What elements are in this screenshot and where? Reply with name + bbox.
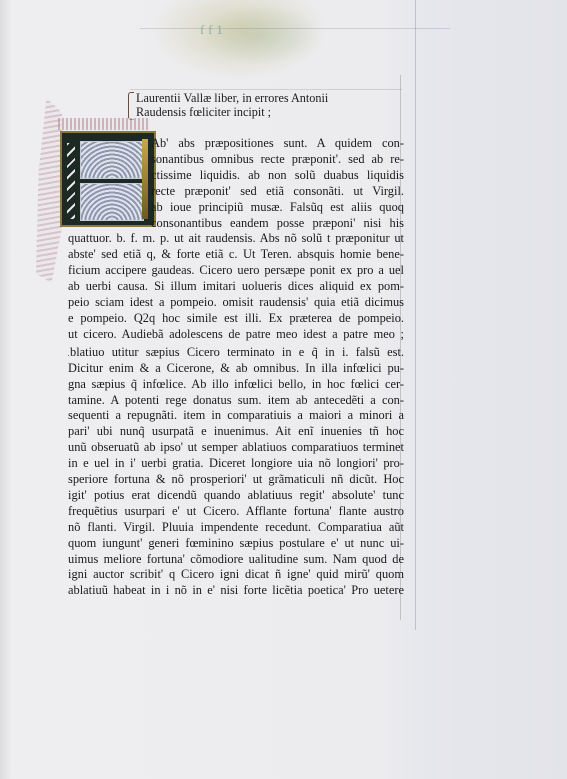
text-line: unũ obseruatũ ab ipso' ut semper ablatiu…: [68, 440, 404, 456]
text-line: frequẽtius usurpari e' ut Cicero. Afflan…: [68, 504, 404, 520]
text-line: quom iungunt' generi fœminino sæpius pos…: [68, 536, 404, 552]
text-line: in e uel in i' uerbi gratia. Diceret lon…: [68, 456, 404, 472]
text-line-ablatiuo: Ablatiuo utitur sæpius Cicero terminato …: [68, 343, 404, 361]
text-line: consonantibus eandem posse præponi' nisi…: [68, 216, 404, 232]
text-line: ab ioue principiũ musæ. Falsũq est aliis…: [68, 200, 404, 216]
ruling-line-top: [140, 28, 450, 29]
text-line: Ab' abs præpositiones sunt. A quidem con…: [68, 136, 404, 152]
text-line: ut cicero. Audiebã adolescens de patre m…: [68, 327, 404, 343]
text-line: tamine. A potenti rege donatus sum. item…: [68, 393, 404, 409]
text-line: uimus meliore fortuna' cõmodiore ualitud…: [68, 552, 404, 568]
ruling-line-title: [130, 89, 402, 90]
text-line: quattuor. b. f. m. p. ut ait raudensis. …: [68, 231, 404, 247]
text-line: sonantibus omnibus recte præponit'. sed …: [68, 152, 404, 168]
manuscript-page: ff1 Laurentii Vallæ liber, in errores An…: [0, 0, 567, 779]
text-line: ficium accipere gaudeas. Cicero uero per…: [68, 263, 404, 279]
rubric-bracket-icon: [128, 92, 134, 120]
text-line: gna sæpius q̃ infœlice. Ab illo infœlici…: [68, 377, 404, 393]
text-line: abste' sed etiã q, & forte etiã c. Ut Te…: [68, 247, 404, 263]
text-line: nõ flanti. Virgil. Pluuia impendente rec…: [68, 520, 404, 536]
text-line: ablatiuũ habeat in i nõ in e' nisi forte…: [68, 583, 404, 599]
border-ornament-top-icon: [58, 118, 150, 130]
text-line: peio sciam idest a pompeio. omisit raude…: [68, 295, 404, 311]
title-line: Raudensis fœliciter incipit ;: [136, 105, 408, 119]
text-line: ab uerbi causa. Si illum imitari uolueri…: [68, 279, 404, 295]
text-line: pari' ubi nunq̃ usurpatã e inuenimus. Ai…: [68, 424, 404, 440]
text-line: igni auctor scribit' q Cicero igni dicat…: [68, 567, 404, 583]
text-line: recte præponit' sed etiã consonãti. ut V…: [68, 184, 404, 200]
title-line: Laurentii Vallæ liber, in errores Antoni…: [136, 91, 408, 105]
folio-mark: ff1: [200, 22, 227, 38]
text-line-content: blatiuo utitur sæpius Cicero terminato i…: [70, 345, 404, 359]
text-line: ctissime liquidis. ab non solũ duabus li…: [68, 168, 404, 184]
text-line: sequenti a repugnãti. item in comparatiu…: [68, 408, 404, 424]
ruling-line-margin: [415, 0, 416, 630]
text-line: Dicitur enim & a Cicerone, & ab omnibus.…: [68, 361, 404, 377]
text-line: e pompeio. Q2q hoc simile est illi. Ex p…: [68, 311, 404, 327]
text-line: speriore fortuna & nõ prosperiori' ut gr…: [68, 472, 404, 488]
text-line: igit' potius erat dicendũ quando ablatiu…: [68, 488, 404, 504]
small-initial-icon: A: [68, 343, 69, 360]
body-text: Ab' abs præpositiones sunt. A quidem con…: [68, 136, 404, 599]
incipit-title: Laurentii Vallæ liber, in errores Antoni…: [128, 91, 408, 119]
